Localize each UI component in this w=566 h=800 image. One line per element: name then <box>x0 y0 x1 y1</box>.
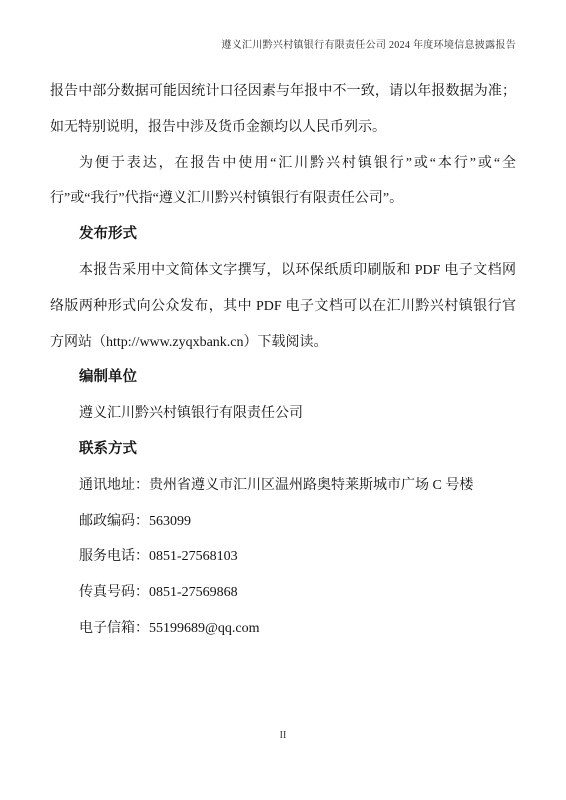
notice-line-1: 报告中部分数据可能因统计口径因素与年报中不一致，请以年报数据为准； <box>50 74 516 110</box>
contact-email: 电子信箱：55199689@qq.com <box>50 611 516 647</box>
notice-line-4: 行”或“我行”代指“遵义汇川黔兴村镇银行有限责任公司”。 <box>50 181 516 217</box>
publish-form-heading: 发布形式 <box>50 217 516 253</box>
document-body: 报告中部分数据可能因统计口径因素与年报中不一致，请以年报数据为准； 如无特别说明… <box>50 74 516 647</box>
page-header-title: 遵义汇川黔兴村镇银行有限责任公司 2024 年度环境信息披露报告 <box>50 36 516 51</box>
publish-form-line-3: 方网站（http://www.zyqxbank.cn）下载阅读。 <box>50 325 516 361</box>
contact-postcode: 邮政编码：563099 <box>50 504 516 540</box>
compiler-heading: 编制单位 <box>50 360 516 396</box>
document-page: 遵义汇川黔兴村镇银行有限责任公司 2024 年度环境信息披露报告 报告中部分数据… <box>0 0 566 800</box>
page-number: II <box>0 730 566 741</box>
compiler-company-name: 遵义汇川黔兴村镇银行有限责任公司 <box>50 396 516 432</box>
notice-line-2: 如无特别说明，报告中涉及货币金额均以人民币列示。 <box>50 110 516 146</box>
publish-form-line-1: 本报告采用中文简体文字撰写，以环保纸质印刷版和 PDF 电子文档网 <box>50 253 516 289</box>
contact-address: 通讯地址：贵州省遵义市汇川区温州路奥特莱斯城市广场 C 号楼 <box>50 468 516 504</box>
publish-form-line-2: 络版两种形式向公众发布，其中 PDF 电子文档可以在汇川黔兴村镇银行官 <box>50 289 516 325</box>
notice-line-3: 为便于表达，在报告中使用“汇川黔兴村镇银行”或“本行”或“全 <box>50 146 516 182</box>
contact-fax: 传真号码：0851-27569868 <box>50 575 516 611</box>
contact-phone: 服务电话：0851-27568103 <box>50 539 516 575</box>
contact-heading: 联系方式 <box>50 432 516 468</box>
